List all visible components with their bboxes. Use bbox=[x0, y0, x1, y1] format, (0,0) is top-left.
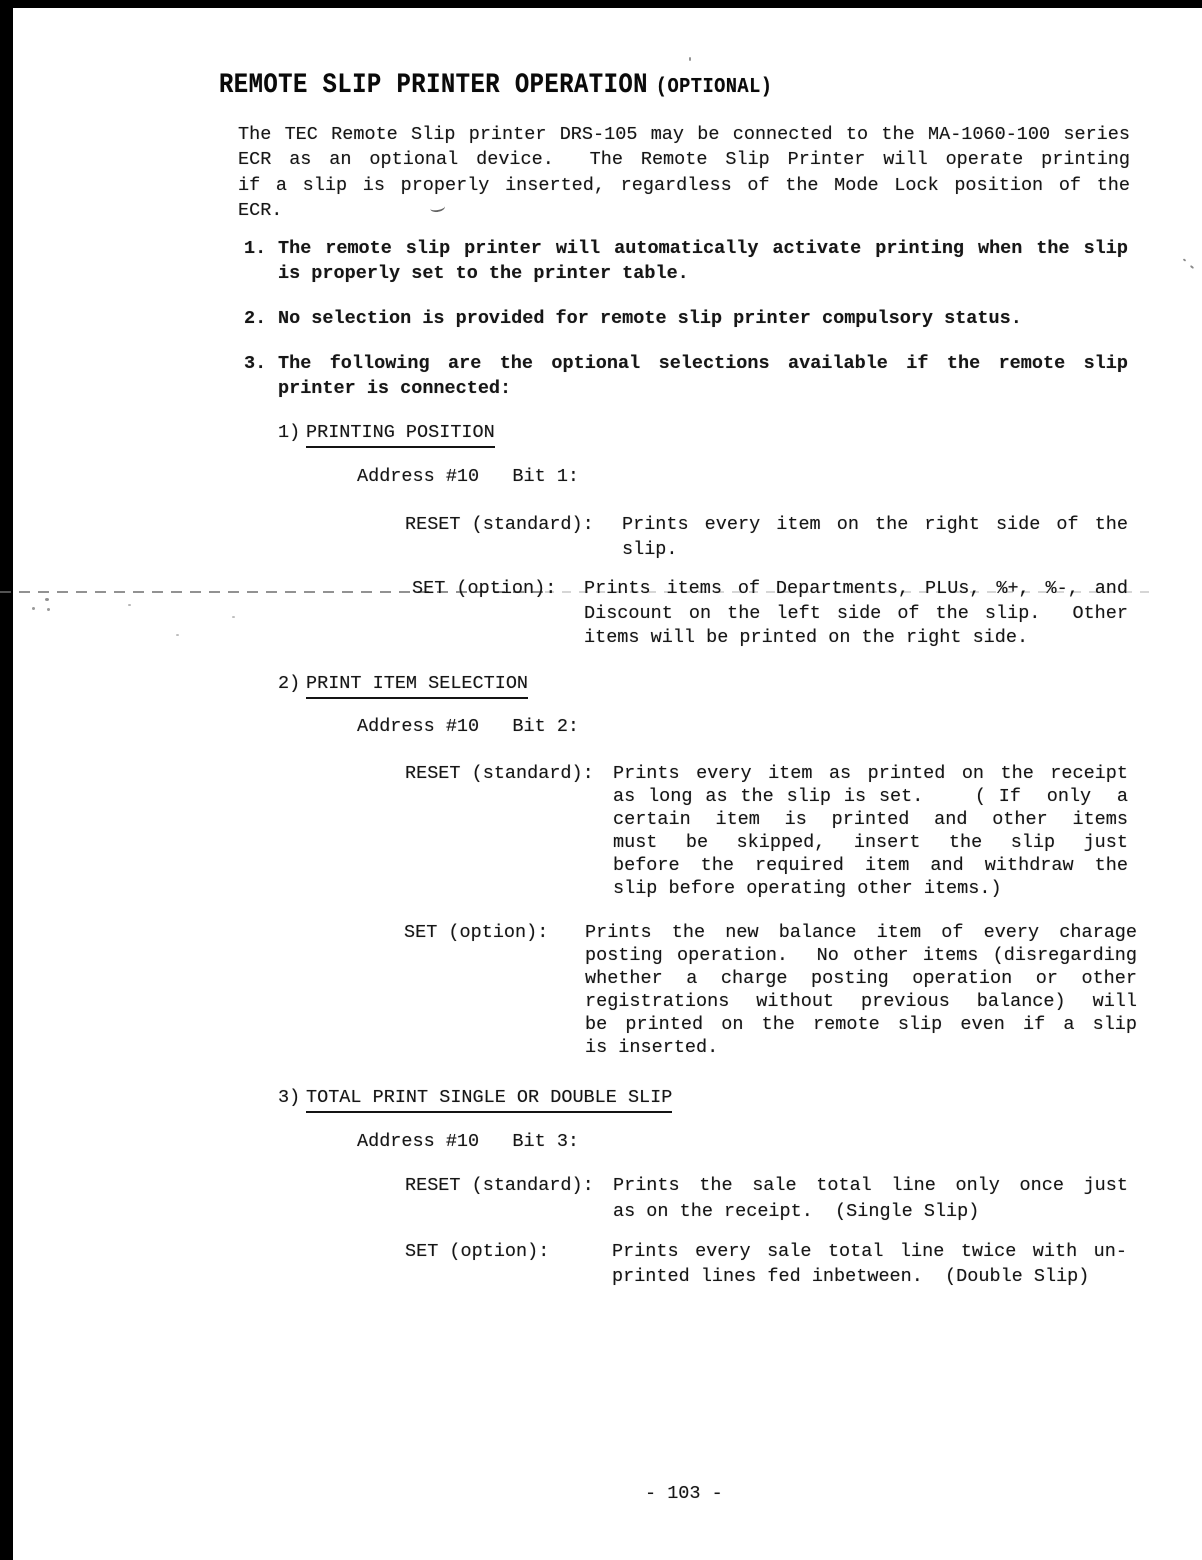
paragraph-line: if a slip is properly inserted, regardle… bbox=[238, 173, 1130, 198]
paragraph-line: ECR as an optional device. The Remote Sl… bbox=[238, 147, 1130, 172]
description-line: Prints every item as printed on the rece… bbox=[613, 762, 1128, 785]
list-item-line: printer is connected: bbox=[278, 376, 1128, 401]
left-edge-scan-bar bbox=[0, 0, 13, 1560]
description-line: before the required item and withdraw th… bbox=[613, 854, 1128, 877]
intro-paragraph: The TEC Remote Slip printer DRS-105 may … bbox=[238, 122, 1130, 224]
top-edge-scan-bar bbox=[0, 0, 1202, 8]
page-title-main: REMOTE SLIP PRINTER OPERATION bbox=[219, 70, 648, 101]
description-line: printed lines fed inbetween. (Double Sli… bbox=[612, 1265, 1127, 1290]
description-line: be printed on the remote slip even if a … bbox=[585, 1013, 1137, 1036]
description-line: Prints every item on the right side of t… bbox=[622, 512, 1128, 537]
scan-speck bbox=[1183, 258, 1187, 261]
page-number: - 103 - bbox=[645, 1483, 723, 1504]
paragraph-line: The TEC Remote Slip printer DRS-105 may … bbox=[238, 122, 1130, 147]
list-item-line: The remote slip printer will automatical… bbox=[278, 237, 1128, 262]
scan-speck bbox=[32, 607, 35, 610]
paragraph-line: ECR. bbox=[238, 198, 1130, 223]
scanned-manual-page: REMOTE SLIP PRINTER OPERATION(OPTIONAL) … bbox=[0, 0, 1202, 1560]
section-3-heading: TOTAL PRINT SINGLE OR DOUBLE SLIP bbox=[306, 1087, 672, 1113]
section-3-reset-description: Prints the sale total line only once jus… bbox=[613, 1173, 1128, 1224]
list-item-line: The following are the optional selection… bbox=[278, 351, 1128, 376]
section-2-set-description: Prints the new balance item of every cha… bbox=[585, 921, 1137, 1060]
description-line: as on the receipt. (Single Slip) bbox=[613, 1199, 1128, 1225]
scan-speck bbox=[232, 616, 235, 618]
section-3-reset-label: RESET (standard): bbox=[405, 1173, 594, 1199]
description-line: Prints every sale total line twice with … bbox=[612, 1240, 1127, 1265]
description-line: certain item is printed and other items bbox=[613, 808, 1128, 831]
section-1-number: 1) bbox=[278, 422, 300, 443]
item-2-number: 2. bbox=[244, 307, 266, 332]
description-line: is inserted. bbox=[585, 1036, 1137, 1059]
scan-speck bbox=[176, 634, 179, 636]
description-line: Prints items of Departments, PLUs, %+, %… bbox=[584, 577, 1128, 602]
section-1-heading: PRINTING POSITION bbox=[306, 422, 495, 448]
list-item-line: is properly set to the printer table. bbox=[278, 262, 1128, 287]
description-line: posting operation. No other items (disre… bbox=[585, 944, 1137, 967]
description-line: whether a charge posting operation or ot… bbox=[585, 967, 1137, 990]
section-3-number: 3) bbox=[278, 1087, 300, 1108]
page-title: REMOTE SLIP PRINTER OPERATION(OPTIONAL) bbox=[219, 70, 772, 101]
section-1-set-description: Prints items of Departments, PLUs, %+, %… bbox=[584, 577, 1128, 651]
section-1-address: Address #10 Bit 1: bbox=[357, 466, 579, 487]
section-3-set-label: SET (option): bbox=[405, 1240, 549, 1265]
scan-speck bbox=[45, 598, 49, 601]
section-1-reset-description: Prints every item on the right side of t… bbox=[622, 512, 1128, 562]
section-2-number: 2) bbox=[278, 673, 300, 694]
scan-speck bbox=[128, 604, 131, 606]
scan-speck bbox=[47, 608, 50, 611]
item-1-number: 1. bbox=[244, 237, 266, 262]
section-1-reset-label: RESET (standard): bbox=[405, 512, 594, 537]
description-line: slip before operating other items.) bbox=[613, 877, 1128, 900]
section-2-address: Address #10 Bit 2: bbox=[357, 716, 579, 737]
section-2-heading: PRINT ITEM SELECTION bbox=[306, 673, 528, 699]
list-item-3: The following are the optional selection… bbox=[278, 351, 1128, 401]
list-item-2: No selection is provided for remote slip… bbox=[278, 307, 1128, 332]
description-line: Prints the sale total line only once jus… bbox=[613, 1173, 1128, 1199]
description-line: items will be printed on the right side. bbox=[584, 626, 1128, 651]
section-3-address: Address #10 Bit 3: bbox=[357, 1131, 579, 1152]
section-3-set-description: Prints every sale total line twice with … bbox=[612, 1240, 1127, 1289]
section-2-set-label: SET (option): bbox=[404, 921, 548, 944]
description-line: must be skipped, insert the slip just bbox=[613, 831, 1128, 854]
description-line: Discount on the left side of the slip. O… bbox=[584, 602, 1128, 627]
scan-speck bbox=[1190, 265, 1194, 269]
scan-speck bbox=[689, 57, 691, 61]
description-line: registrations without previous balance) … bbox=[585, 990, 1137, 1013]
list-item-1: The remote slip printer will automatical… bbox=[278, 237, 1128, 286]
section-2-reset-description: Prints every item as printed on the rece… bbox=[613, 762, 1128, 901]
section-1-set-label: SET (option): bbox=[412, 577, 556, 602]
page-title-optional: (OPTIONAL) bbox=[656, 75, 773, 99]
list-item-line: No selection is provided for remote slip… bbox=[278, 307, 1128, 332]
section-2-reset-label: RESET (standard): bbox=[405, 762, 594, 785]
description-line: Prints the new balance item of every cha… bbox=[585, 921, 1137, 944]
item-3-number: 3. bbox=[244, 351, 266, 376]
description-line: slip. bbox=[622, 537, 1128, 562]
description-line: as long as the slip is set. ( If only a bbox=[613, 785, 1128, 808]
